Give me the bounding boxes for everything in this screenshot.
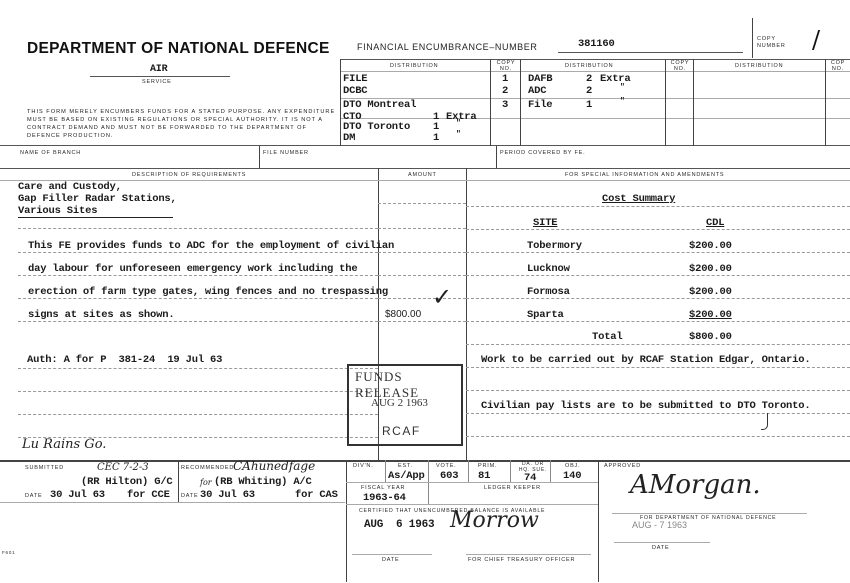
dist-copy: 2 bbox=[502, 85, 508, 97]
approved-date-label: DATE bbox=[652, 545, 669, 551]
fiscal-year-label: FISCAL YEAR bbox=[361, 485, 405, 491]
site-header: SITE bbox=[533, 217, 557, 229]
req-body-line: day labour for unforeseen emergency work… bbox=[28, 263, 357, 275]
vote-value: 603 bbox=[440, 470, 458, 482]
est-value: As/App bbox=[388, 470, 425, 482]
period-covered-label: PERIOD COVERED BY FE. bbox=[500, 150, 585, 156]
dist-note: " bbox=[620, 97, 625, 106]
copy-no-header-3: COP NO. bbox=[827, 60, 849, 72]
certified-date: AUG 6 1963 bbox=[364, 519, 434, 531]
total-label: Total bbox=[592, 331, 623, 343]
submitted-by: (RR Hilton) G/C bbox=[81, 476, 173, 488]
checkmark-icon: ✓ bbox=[432, 283, 452, 311]
req-title-line: Care and Custody, bbox=[18, 181, 122, 193]
site-name: Tobermory bbox=[527, 240, 582, 252]
dist-note: Extra bbox=[446, 111, 477, 123]
copy-number: / bbox=[812, 26, 820, 54]
req-body-line: This FE provides funds to ADC for the em… bbox=[28, 240, 394, 252]
site-cdl: $200.00 bbox=[689, 309, 732, 321]
obj-label: OBJ. bbox=[565, 463, 580, 469]
fiscal-year-value: 1963-64 bbox=[363, 492, 406, 504]
fe-number: 381160 bbox=[578, 38, 615, 50]
dist-qty: 2 bbox=[586, 73, 592, 85]
form-number: F601 bbox=[2, 550, 15, 555]
submitted-date: 30 Jul 63 bbox=[50, 489, 105, 501]
recommended-for-prefix: for bbox=[200, 478, 212, 487]
note-work-location: Work to be carried out by RCAF Station E… bbox=[481, 354, 810, 366]
copy-number-label: COPY NUMBER bbox=[757, 36, 787, 50]
vote-label: VOTE. bbox=[436, 463, 457, 469]
authority-line: Auth: A for P 381-24 19 Jul 63 bbox=[27, 354, 222, 366]
dist-note: Extra bbox=[600, 73, 631, 85]
amount-label: AMOUNT bbox=[408, 172, 437, 178]
distribution-header-3: DISTRIBUTION bbox=[735, 63, 783, 69]
service-label: SERVICE bbox=[142, 79, 172, 85]
submitted-date-label: DATE bbox=[25, 493, 42, 499]
stamp-line-3: RCAF bbox=[382, 424, 421, 438]
distribution-header-2: DISTRIBUTION bbox=[565, 63, 613, 69]
approved-date: AUG - 7 1963 bbox=[632, 520, 687, 530]
submitted-for: for CCE bbox=[127, 489, 170, 501]
site-cdl: $200.00 bbox=[689, 240, 732, 252]
site-name: Formosa bbox=[527, 286, 570, 298]
distribution-header-1: DISTRIBUTION bbox=[390, 63, 438, 69]
site-name: Sparta bbox=[527, 309, 564, 321]
dist-copy: 1 bbox=[502, 73, 508, 85]
dist-row: DTO Montreal bbox=[343, 99, 416, 111]
certified-date-label: DATE bbox=[382, 557, 399, 563]
dist-row: FILE bbox=[343, 73, 367, 85]
name-of-branch-label: NAME OF BRANCH bbox=[20, 150, 81, 156]
est-label: EST. bbox=[398, 463, 413, 469]
recommended-label: RECOMMENDED bbox=[181, 465, 234, 471]
submitted-label: SUBMITTED bbox=[25, 465, 64, 471]
dist-note: " bbox=[620, 83, 625, 92]
tick-mark-icon bbox=[761, 413, 768, 430]
note-pay-lists: Civilian pay lists are to be submitted t… bbox=[481, 400, 810, 412]
recommended-date-label: DATE bbox=[181, 493, 198, 499]
file-number-label: FILE NUMBER bbox=[263, 150, 309, 156]
req-title-line: Gap Filler Radar Stations, bbox=[18, 193, 177, 205]
recommended-date: 30 Jul 63 bbox=[200, 489, 255, 501]
stamp-line-2: AUG 2 1963 bbox=[371, 397, 428, 409]
dist-qty: 2 bbox=[586, 85, 592, 97]
form-notice: THIS FORM MERELY ENCUMBERS FUNDS FOR A S… bbox=[27, 108, 342, 140]
prim-value: 81 bbox=[478, 470, 490, 482]
prim-label: PRIM. bbox=[478, 463, 497, 469]
recommended-for: for CAS bbox=[295, 489, 338, 501]
margin-signature: Lu Rains Go. bbox=[22, 437, 106, 452]
site-cdl: $200.00 bbox=[689, 286, 732, 298]
site-name: Lucknow bbox=[527, 263, 570, 275]
approved-label: APPROVED bbox=[604, 463, 641, 469]
obj-value: 140 bbox=[563, 470, 581, 482]
recommended-by: (RB Whiting) A/C bbox=[214, 476, 312, 488]
dist-row: File bbox=[528, 99, 552, 111]
dist-row: DAFB bbox=[528, 73, 552, 85]
special-info-label: FOR SPECIAL INFORMATION AND AMENDMENTS bbox=[565, 172, 724, 178]
dist-note: " bbox=[456, 119, 461, 128]
recommended-signature: CAhunedfage bbox=[233, 459, 315, 473]
ledger-keeper-label: LEDGER KEEPER bbox=[484, 485, 541, 491]
funds-release-stamp: FUNDS RELEASE AUG 2 1963 RCAF bbox=[347, 364, 463, 446]
submitted-code: CEC 7-2-3 bbox=[97, 462, 149, 473]
copy-no-header-2: COPY NO. bbox=[668, 60, 692, 72]
treasury-label: FOR CHIEF TREASURY OFFICER bbox=[468, 557, 575, 563]
total-value: $800.00 bbox=[689, 331, 732, 343]
req-body-line: erection of farm type gates, wing fences… bbox=[28, 286, 388, 298]
service-value: AIR bbox=[150, 64, 167, 75]
dist-qty: 1 bbox=[433, 132, 439, 144]
fe-number-label: FINANCIAL ENCUMBRANCE–NUMBER bbox=[357, 42, 538, 52]
dist-copy: 3 bbox=[502, 99, 508, 111]
approved-signature: AMorgan. bbox=[630, 470, 761, 500]
divn-label: DIV'N. bbox=[353, 463, 374, 469]
site-cdl: $200.00 bbox=[689, 263, 732, 275]
cdl-header: CDL bbox=[706, 217, 724, 229]
dist-row: ADC bbox=[528, 85, 546, 97]
department-title: DEPARTMENT OF NATIONAL DEFENCE bbox=[27, 40, 330, 58]
description-label: DESCRIPTION OF REQUIREMENTS bbox=[132, 172, 246, 178]
amount-value: $800.00 bbox=[385, 309, 421, 320]
da-value: 74 bbox=[524, 472, 536, 484]
dist-note: " bbox=[456, 130, 461, 139]
dist-row: DCBC bbox=[343, 85, 367, 97]
copy-no-header-1: COPY NO. bbox=[494, 60, 518, 72]
req-title-line: Various Sites bbox=[18, 205, 97, 217]
cost-summary-title: Cost Summary bbox=[602, 193, 675, 205]
dist-row: DM bbox=[343, 132, 355, 144]
treasury-signature: Morrow bbox=[450, 508, 539, 533]
req-body-line: signs at sites as shown. bbox=[28, 309, 174, 321]
dist-qty: 1 bbox=[586, 99, 592, 111]
